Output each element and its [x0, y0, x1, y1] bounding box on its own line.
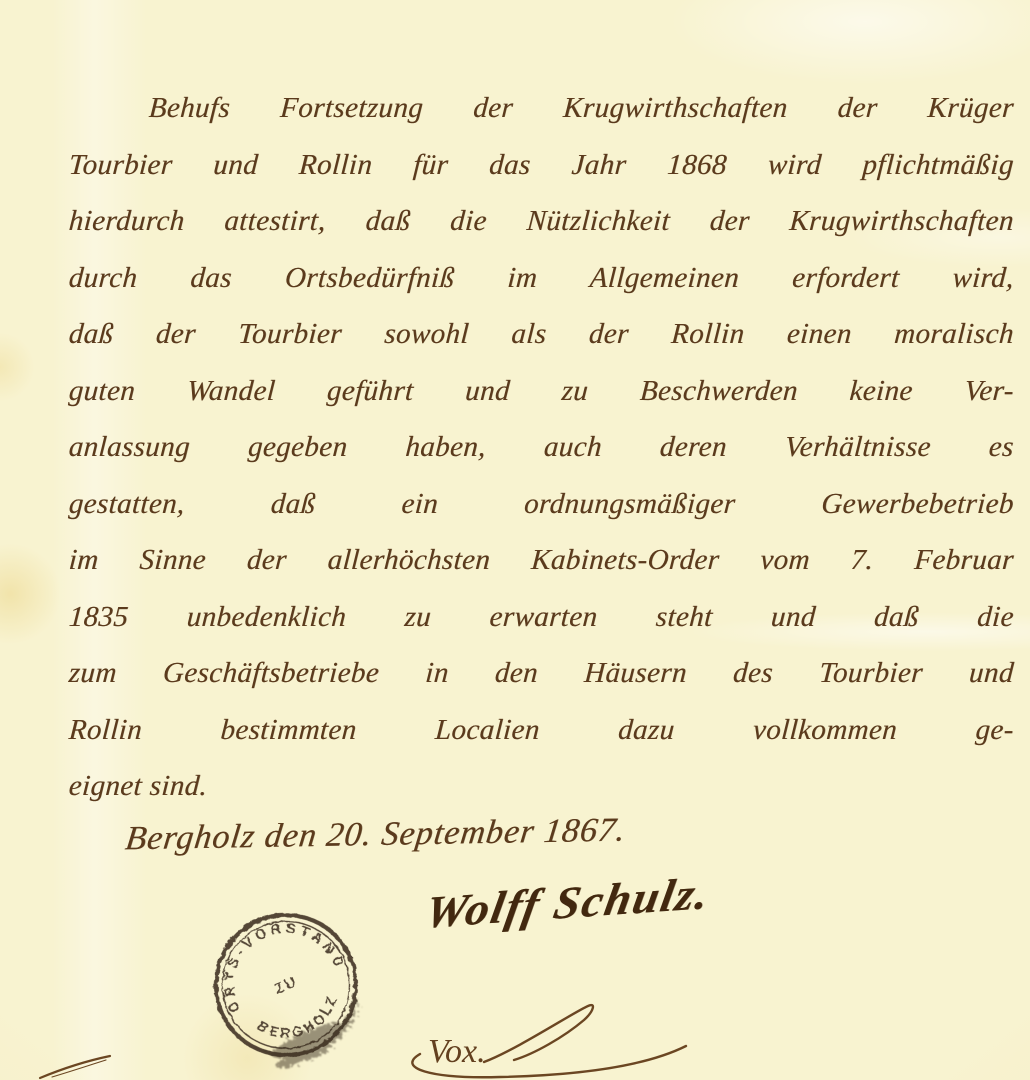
paraph-ascender-stroke	[484, 1005, 593, 1062]
manuscript-line: daß der Tourbier sowohl als der Rollin e…	[66, 318, 1015, 375]
manuscript-line: im Sinne der allerhöchsten Kabinets-Orde…	[66, 544, 1015, 601]
manuscript-line: gestatten, daß ein ordnungsmäßiger Gewer…	[66, 488, 1015, 545]
dateline: Bergholz den 20. September 1867.	[123, 812, 628, 859]
stamp-ink-smudge	[246, 997, 372, 1078]
manuscript-line: hierdurch attestirt, daß die Nützlichkei…	[66, 205, 1015, 262]
manuscript-line: Tourbier und Rollin für das Jahr 1868 wi…	[66, 149, 1015, 206]
signature-wolff-schulz: Wolff Schulz.	[421, 866, 715, 938]
manuscript-line: Rollin bestimmten Localien dazu vollkomm…	[66, 714, 1015, 771]
document-page: Behufs Fortsetzung der Krugwirthschaften…	[0, 0, 1030, 1080]
corner-pen-stroke-hairline	[52, 1060, 106, 1077]
manuscript-line: anlassung gegeben haben, auch deren Verh…	[66, 431, 1015, 488]
manuscript-line: zum Geschäftsbetriebe in den Häusern des…	[66, 657, 1015, 714]
corner-pen-stroke	[38, 1052, 128, 1080]
paraph-text: Vox.	[428, 1033, 486, 1070]
manuscript-line: durch das Ortsbedürfniß im Allgemeinen e…	[66, 262, 1015, 319]
manuscript-line: guten Wandel geführt und zu Beschwerden …	[66, 375, 1015, 432]
corner-pen-stroke-line	[40, 1056, 110, 1078]
official-round-stamp: ORTS-VORSTAND ZU BERGHOLZ	[198, 892, 374, 1078]
clerk-paraph: Vox.	[392, 1002, 712, 1080]
manuscript-line: 1835 unbedenklich zu erwarten steht und …	[66, 601, 1015, 658]
manuscript-body: Behufs Fortsetzung der Krugwirthschaften…	[68, 92, 1013, 827]
stamp-middle-text: ZU	[272, 973, 301, 998]
manuscript-line: Behufs Fortsetzung der Krugwirthschaften…	[66, 92, 1015, 149]
